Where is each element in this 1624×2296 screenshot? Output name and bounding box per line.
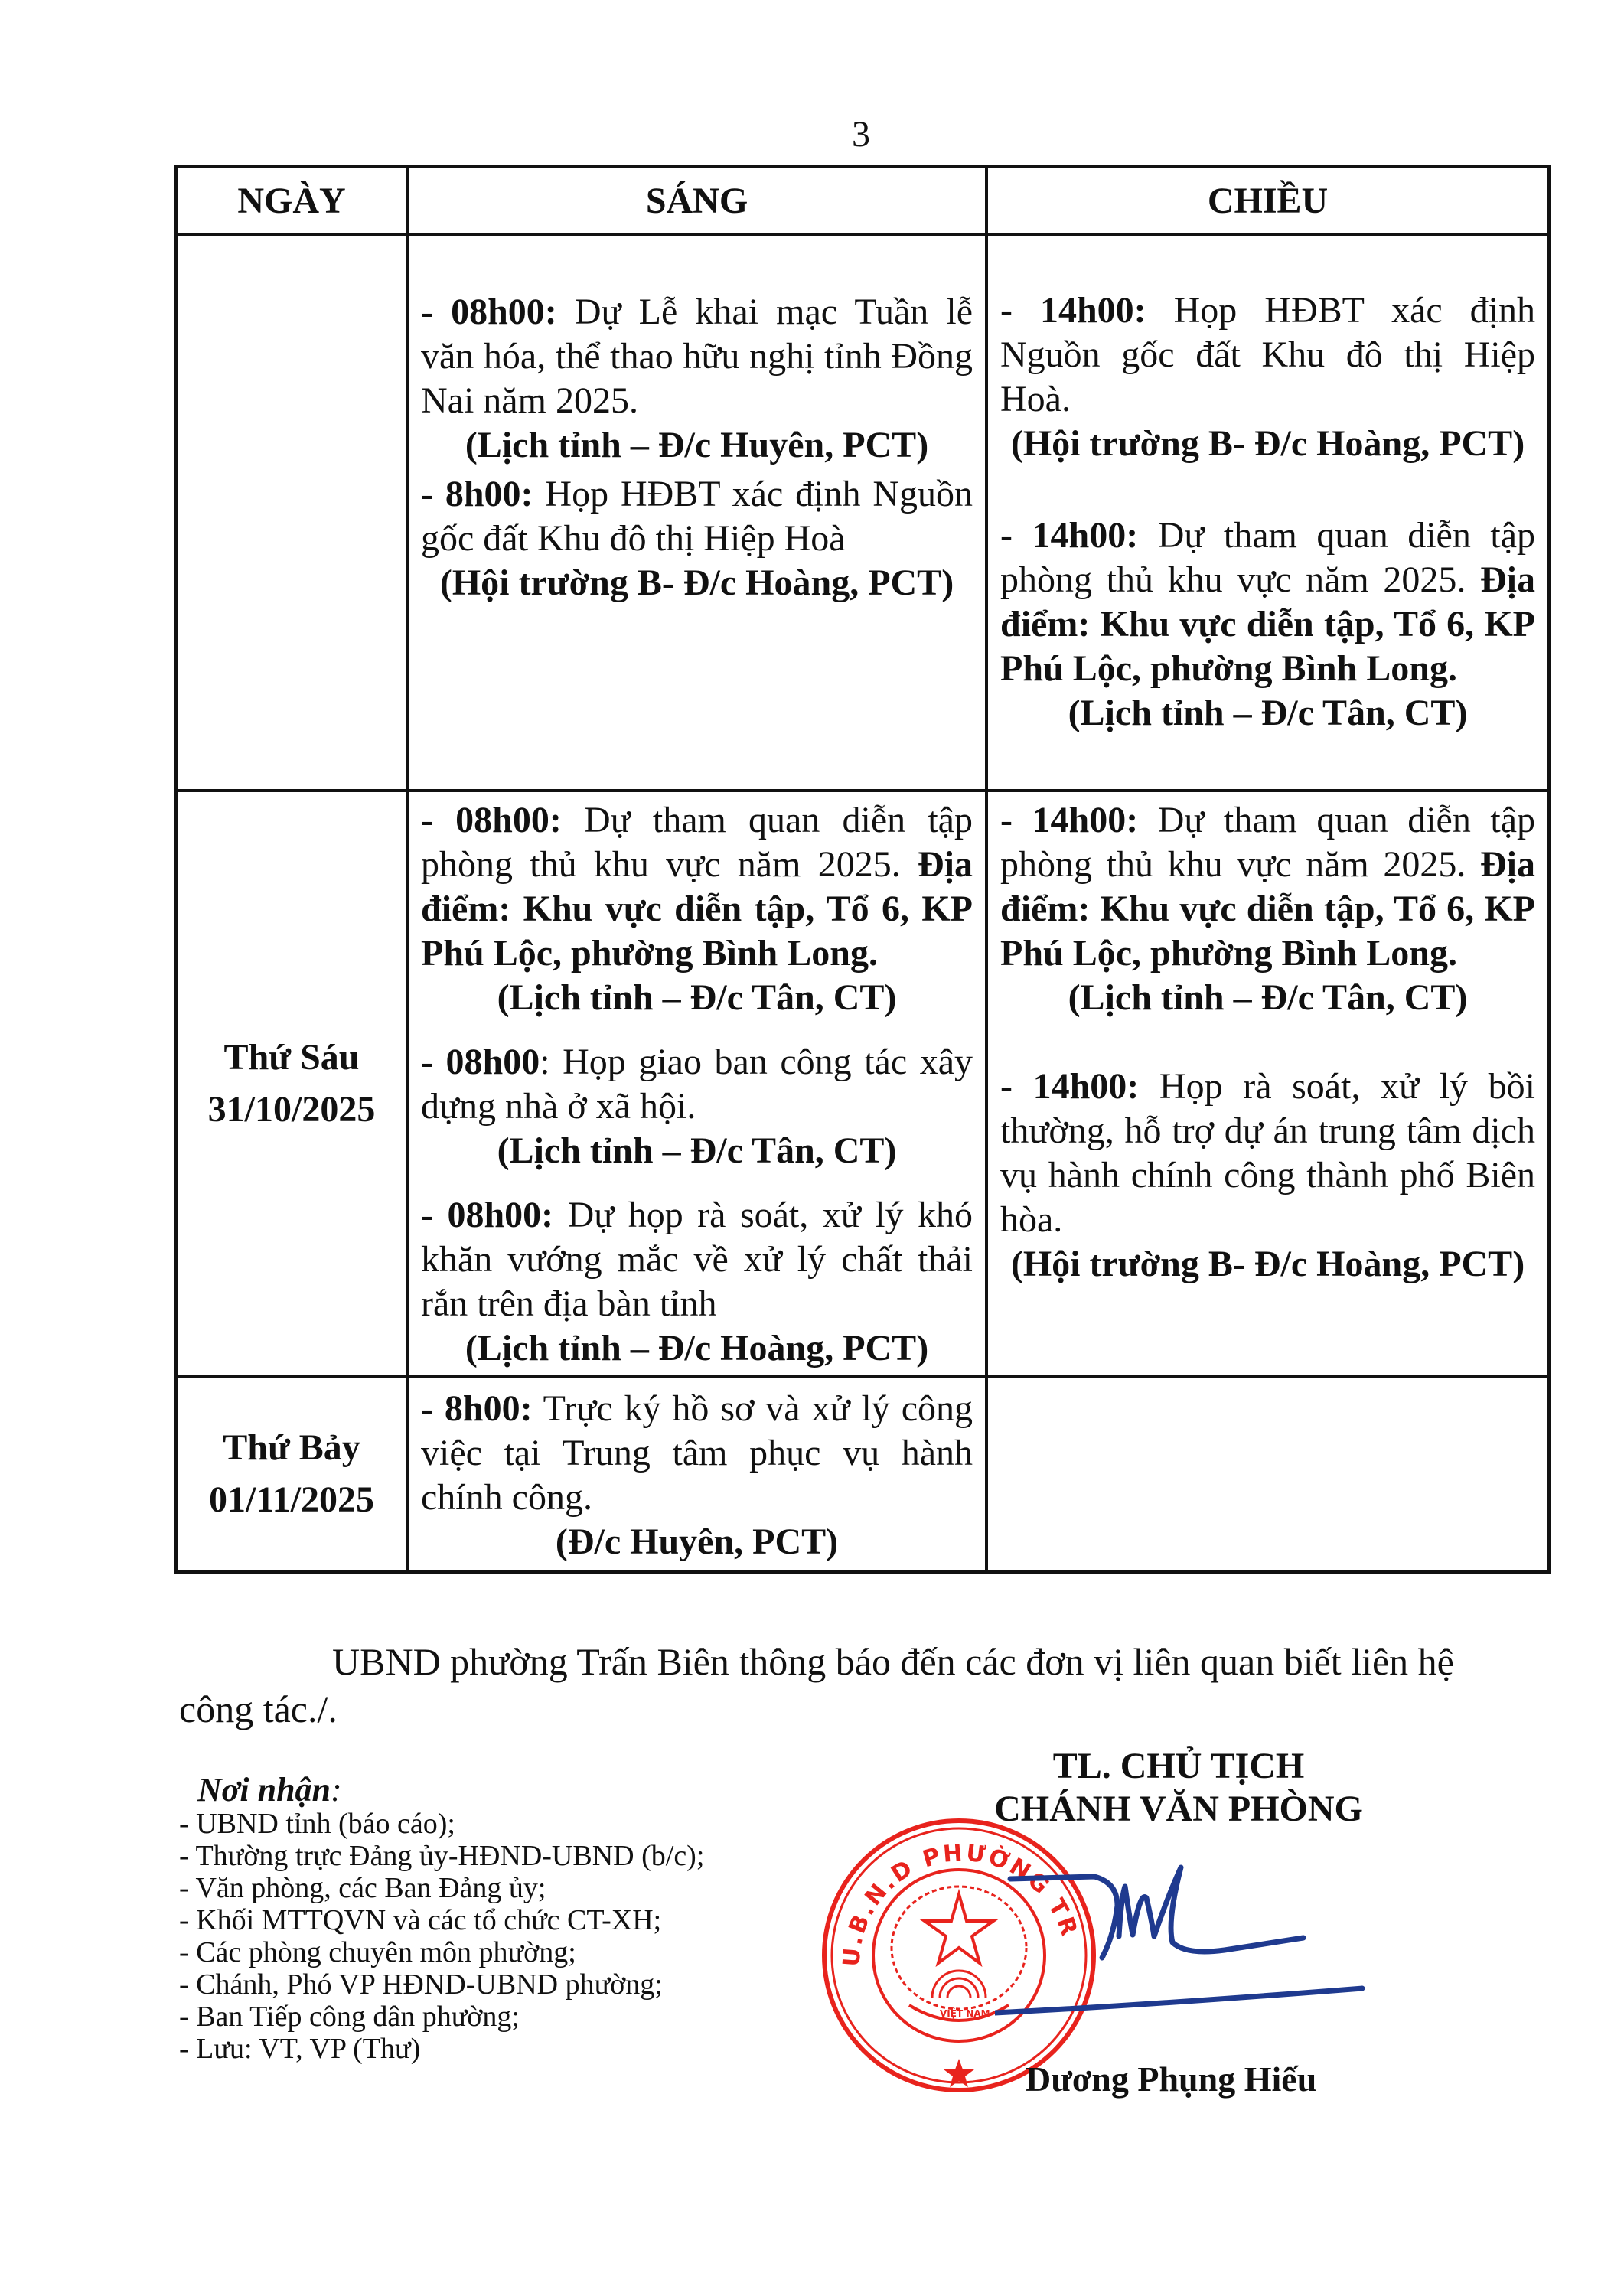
table-row: Thứ Sáu31/10/2025- 08h00: Dự tham quan d…	[176, 791, 1549, 1376]
recipient-item: - Khối MTTQVN và các tổ chức CT-XH;	[179, 1904, 704, 1936]
entry-description: - 08h00: Dự họp rà soát, xử lý khó khăn …	[421, 1193, 973, 1326]
recipient-item: - Thường trực Đảng ủy-HĐND-UBND (b/c);	[179, 1840, 704, 1872]
entry-time: - 08h00:	[421, 800, 562, 840]
recipient-item: - Văn phòng, các Ban Đảng ủy;	[179, 1872, 704, 1904]
entry-time: - 14h00:	[1000, 290, 1146, 331]
entry-note: (Lịch tỉnh – Đ/c Tân, CT)	[1000, 976, 1535, 1020]
schedule-entry: - 08h00: Dự họp rà soát, xử lý khó khăn …	[421, 1193, 973, 1371]
entry-description: - 14h00: Dự tham quan diễn tập phòng thủ…	[1000, 798, 1535, 976]
page-number: 3	[0, 113, 1624, 155]
entry-description: - 08h00: Dự tham quan diễn tập phòng thủ…	[421, 798, 973, 976]
table-row: - 08h00: Dự Lễ khai mạc Tuần lễ văn hóa,…	[176, 235, 1549, 791]
entry-note: (Lịch tỉnh – Đ/c Tân, CT)	[421, 1129, 973, 1173]
date-label: 31/10/2025	[178, 1084, 406, 1136]
entry-time: - 8h00:	[421, 474, 533, 514]
schedule-entry: - 08h00: Dự tham quan diễn tập phòng thủ…	[421, 798, 973, 1020]
table-row: Thứ Bảy01/11/2025- 8h00: Trực ký hồ sơ v…	[176, 1376, 1549, 1572]
weekday-label: Thứ Sáu	[178, 1032, 406, 1084]
date-label: 01/11/2025	[178, 1474, 406, 1526]
header-morning: SÁNG	[407, 166, 986, 235]
entry-time: - 08h00	[421, 1042, 540, 1082]
entry-description: - 14h00: Họp rà soát, xử lý bồi thường, …	[1000, 1065, 1535, 1242]
afternoon-cell: - 14h00: Họp HĐBT xác định Nguồn gốc đất…	[986, 235, 1549, 791]
svg-text:VIỆT NAM: VIỆT NAM	[940, 2007, 990, 2019]
schedule-entry: - 8h00: Trực ký hồ sơ và xử lý công việc…	[421, 1387, 973, 1564]
schedule-entry: - 08h00: Dự Lễ khai mạc Tuần lễ văn hóa,…	[421, 290, 973, 468]
morning-cell: - 08h00: Dự tham quan diễn tập phòng thủ…	[407, 791, 986, 1376]
signature-title-block: TL. CHỦ TỊCH CHÁNH VĂN PHÒNG	[903, 1745, 1454, 1831]
entry-note: (Hội trường B- Đ/c Hoàng, PCT)	[421, 561, 973, 605]
header-afternoon: CHIỀU	[986, 166, 1549, 235]
entry-time: - 14h00:	[1000, 1066, 1139, 1107]
schedule-entry: - 14h00: Dự tham quan diễn tập phòng thủ…	[1000, 514, 1535, 735]
afternoon-cell: - 14h00: Dự tham quan diễn tập phòng thủ…	[986, 791, 1549, 1376]
weekday-label: Thứ Bảy	[178, 1422, 406, 1474]
entry-time: - 8h00:	[421, 1388, 533, 1429]
handwritten-signature-icon	[995, 1852, 1423, 2051]
header-day: NGÀY	[176, 166, 407, 235]
entry-note: (Hội trường B- Đ/c Hoàng, PCT)	[1000, 1242, 1535, 1287]
schedule-entry: - 14h00: Họp HĐBT xác định Nguồn gốc đất…	[1000, 289, 1535, 466]
afternoon-cell	[986, 1376, 1549, 1572]
recipient-list: - UBND tỉnh (báo cáo);- Thường trực Đảng…	[179, 1808, 704, 2065]
signature-title-line1: TL. CHỦ TỊCH	[903, 1745, 1454, 1788]
recipients-block: Nơi nhận: - UBND tỉnh (báo cáo);- Thường…	[179, 1774, 704, 2065]
morning-cell: - 08h00: Dự Lễ khai mạc Tuần lễ văn hóa,…	[407, 235, 986, 791]
day-cell: Thứ Bảy01/11/2025	[176, 1376, 407, 1572]
day-cell: Thứ Sáu31/10/2025	[176, 791, 407, 1376]
entry-time: - 08h00:	[421, 1195, 553, 1235]
schedule-entry: - 08h00: Họp giao ban công tác xây dựng …	[421, 1040, 973, 1173]
recipient-item: - Lưu: VT, VP (Thư)	[179, 2033, 704, 2065]
entry-note: (Lịch tỉnh – Đ/c Hoàng, PCT)	[421, 1326, 973, 1371]
entry-description: - 14h00: Họp HĐBT xác định Nguồn gốc đất…	[1000, 289, 1535, 422]
recipients-title-colon: :	[331, 1771, 342, 1808]
signature-title-line2: CHÁNH VĂN PHÒNG	[903, 1788, 1454, 1831]
entry-time: - 14h00:	[1000, 515, 1138, 556]
entry-time: - 14h00:	[1000, 800, 1138, 840]
schedule-entry: - 8h00: Họp HĐBT xác định Nguồn gốc đất …	[421, 472, 973, 605]
schedule-table: NGÀY SÁNG CHIỀU - 08h00: Dự Lễ khai mạc …	[174, 165, 1551, 1574]
recipient-item: - Các phòng chuyên môn phường;	[179, 1936, 704, 1968]
entry-note: (Lịch tỉnh – Đ/c Tân, CT)	[421, 976, 973, 1020]
entry-description: - 8h00: Họp HĐBT xác định Nguồn gốc đất …	[421, 472, 973, 561]
schedule-entry: - 14h00: Họp rà soát, xử lý bồi thường, …	[1000, 1065, 1535, 1287]
signer-name: Dương Phụng Hiếu	[1026, 2059, 1316, 2099]
entry-description: - 08h00: Họp giao ban công tác xây dựng …	[421, 1040, 973, 1129]
entry-time: - 08h00:	[421, 292, 557, 332]
recipient-item: - Ban Tiếp công dân phường;	[179, 2001, 704, 2033]
schedule-entry: - 14h00: Dự tham quan diễn tập phòng thủ…	[1000, 798, 1535, 1020]
recipients-title: Nơi nhận:	[197, 1774, 704, 1806]
closing-paragraph: UBND phường Trấn Biên thông báo đến các …	[179, 1638, 1503, 1733]
day-cell	[176, 235, 407, 791]
entry-note: (Hội trường B- Đ/c Hoàng, PCT)	[1000, 422, 1535, 466]
entry-note: (Lịch tỉnh – Đ/c Huyên, PCT)	[421, 423, 973, 468]
entry-description: - 8h00: Trực ký hồ sơ và xử lý công việc…	[421, 1387, 973, 1520]
table-header-row: NGÀY SÁNG CHIỀU	[176, 166, 1549, 235]
morning-cell: - 8h00: Trực ký hồ sơ và xử lý công việc…	[407, 1376, 986, 1572]
entry-note: (Đ/c Huyên, PCT)	[421, 1520, 973, 1564]
recipients-title-text: Nơi nhận	[197, 1771, 331, 1808]
entry-note: (Lịch tỉnh – Đ/c Tân, CT)	[1000, 691, 1535, 735]
entry-description: - 08h00: Dự Lễ khai mạc Tuần lễ văn hóa,…	[421, 290, 973, 423]
entry-description: - 14h00: Dự tham quan diễn tập phòng thủ…	[1000, 514, 1535, 691]
recipient-item: - UBND tỉnh (báo cáo);	[179, 1808, 704, 1840]
recipient-item: - Chánh, Phó VP HĐND-UBND phường;	[179, 1968, 704, 2001]
